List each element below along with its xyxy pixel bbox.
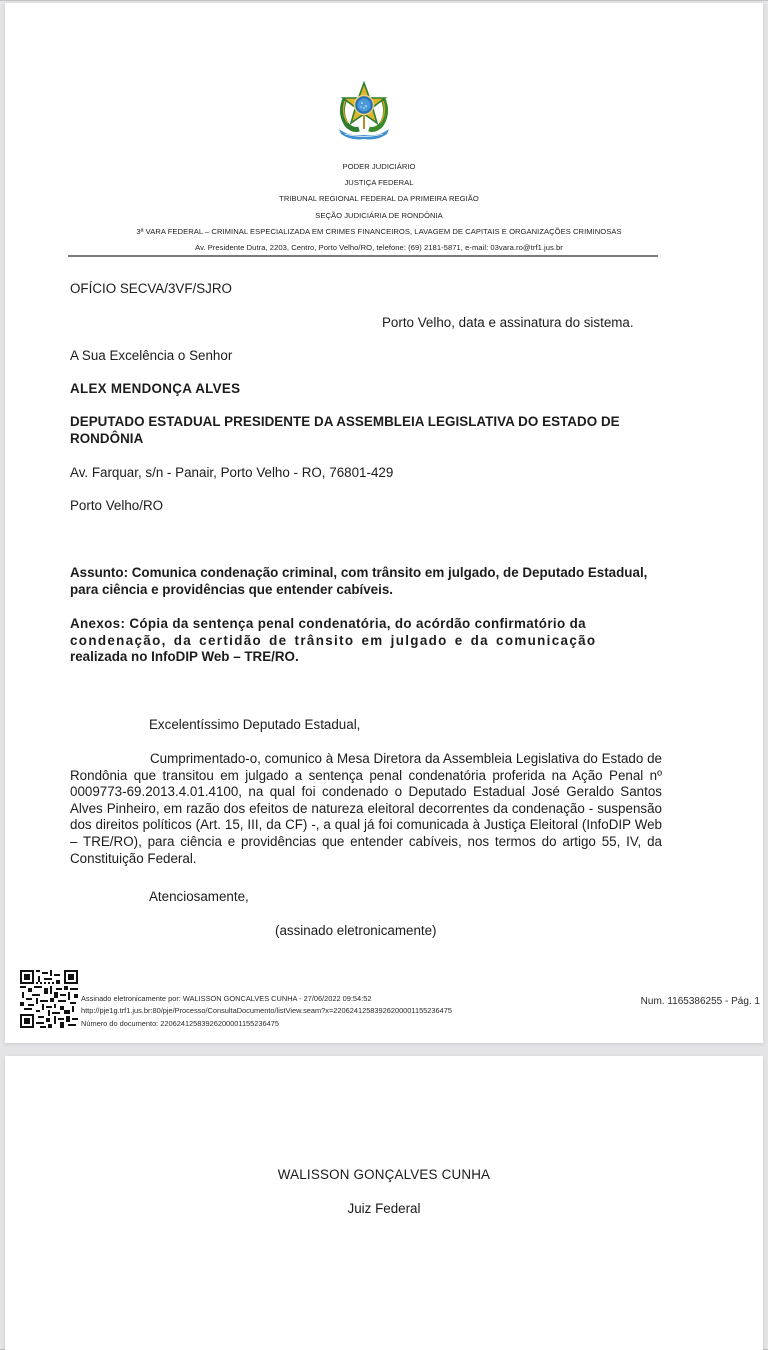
signer-name: WALISSON GONÇALVES CUNHA	[5, 1167, 763, 1182]
court-header: PODER JUDICIÁRIO JUSTIÇA FEDERAL TRIBUNA…	[5, 159, 753, 256]
subject: Assunto: Comunica condenação criminal, c…	[70, 565, 662, 598]
attachments-line: condenação, da certidão de trânsito em j…	[70, 633, 662, 650]
header-divider	[68, 255, 658, 257]
header-line: PODER JUDICIÁRIO	[5, 159, 753, 175]
document-page-1: PODER JUDICIÁRIO JUSTIÇA FEDERAL TRIBUNA…	[5, 3, 763, 1043]
signer-role: Juiz Federal	[5, 1201, 763, 1216]
attachments: Anexos: Cópia da sentença penal condenat…	[70, 616, 662, 666]
verification-link[interactable]: http://pje1g.trf1.jus.br:80/pje/Processo…	[81, 1005, 452, 1017]
body-paragraph: Cumprimentado-o, comunico à Mesa Diretor…	[70, 751, 662, 867]
header-line: Av. Presidente Dutra, 2203, Centro, Port…	[5, 240, 753, 256]
recipient-name: ALEX MENDONÇA ALVES	[70, 381, 240, 398]
signature-metadata: Assinado eletronicamente por: WALISSON G…	[81, 993, 452, 1030]
document-page-2: WALISSON GONÇALVES CUNHA Juiz Federal	[5, 1056, 763, 1350]
attachments-line: Anexos: Cópia da sentença penal condenat…	[70, 616, 662, 633]
recipient-title: DEPUTADO ESTADUAL PRESIDENTE DA ASSEMBLE…	[70, 414, 662, 447]
document-viewer[interactable]: PODER JUDICIÁRIO JUSTIÇA FEDERAL TRIBUNA…	[0, 0, 768, 1350]
signed-by: Assinado eletronicamente por: WALISSON G…	[81, 993, 452, 1005]
header-line: JUSTIÇA FEDERAL	[5, 175, 753, 191]
closing: Atenciosamente,	[149, 889, 249, 906]
recipient-city: Porto Velho/RO	[70, 498, 163, 515]
greeting: Excelentíssimo Deputado Estadual,	[149, 717, 360, 734]
header-line: TRIBUNAL REGIONAL FEDERAL DA PRIMEIRA RE…	[5, 191, 753, 207]
place-date: Porto Velho, data e assinatura do sistem…	[382, 315, 634, 332]
salutation-address: A Sua Excelência o Senhor	[70, 348, 232, 365]
header-line: 3ª VARA FEDERAL – CRIMINAL ESPECIALIZADA…	[5, 224, 753, 240]
oficio-number: OFÍCIO SECVA/3VF/SJRO	[70, 281, 232, 298]
document-number: Número do documento: 2206241258392620000…	[81, 1018, 452, 1030]
recipient-address: Av. Farquar, s/n - Panair, Porto Velho -…	[70, 465, 393, 482]
brazil-coat-of-arms-icon	[335, 79, 393, 141]
qr-code-icon[interactable]	[20, 970, 78, 1028]
attachments-line: realizada no InfoDIP Web – TRE/RO.	[70, 649, 662, 666]
header-line: SEÇÃO JUDICIÁRIA DE RONDÔNIA	[5, 208, 753, 224]
electronic-signature-note: (assinado eletronicamente)	[275, 923, 437, 940]
page-number: Num. 1165386255 - Pág. 1	[641, 996, 760, 1007]
